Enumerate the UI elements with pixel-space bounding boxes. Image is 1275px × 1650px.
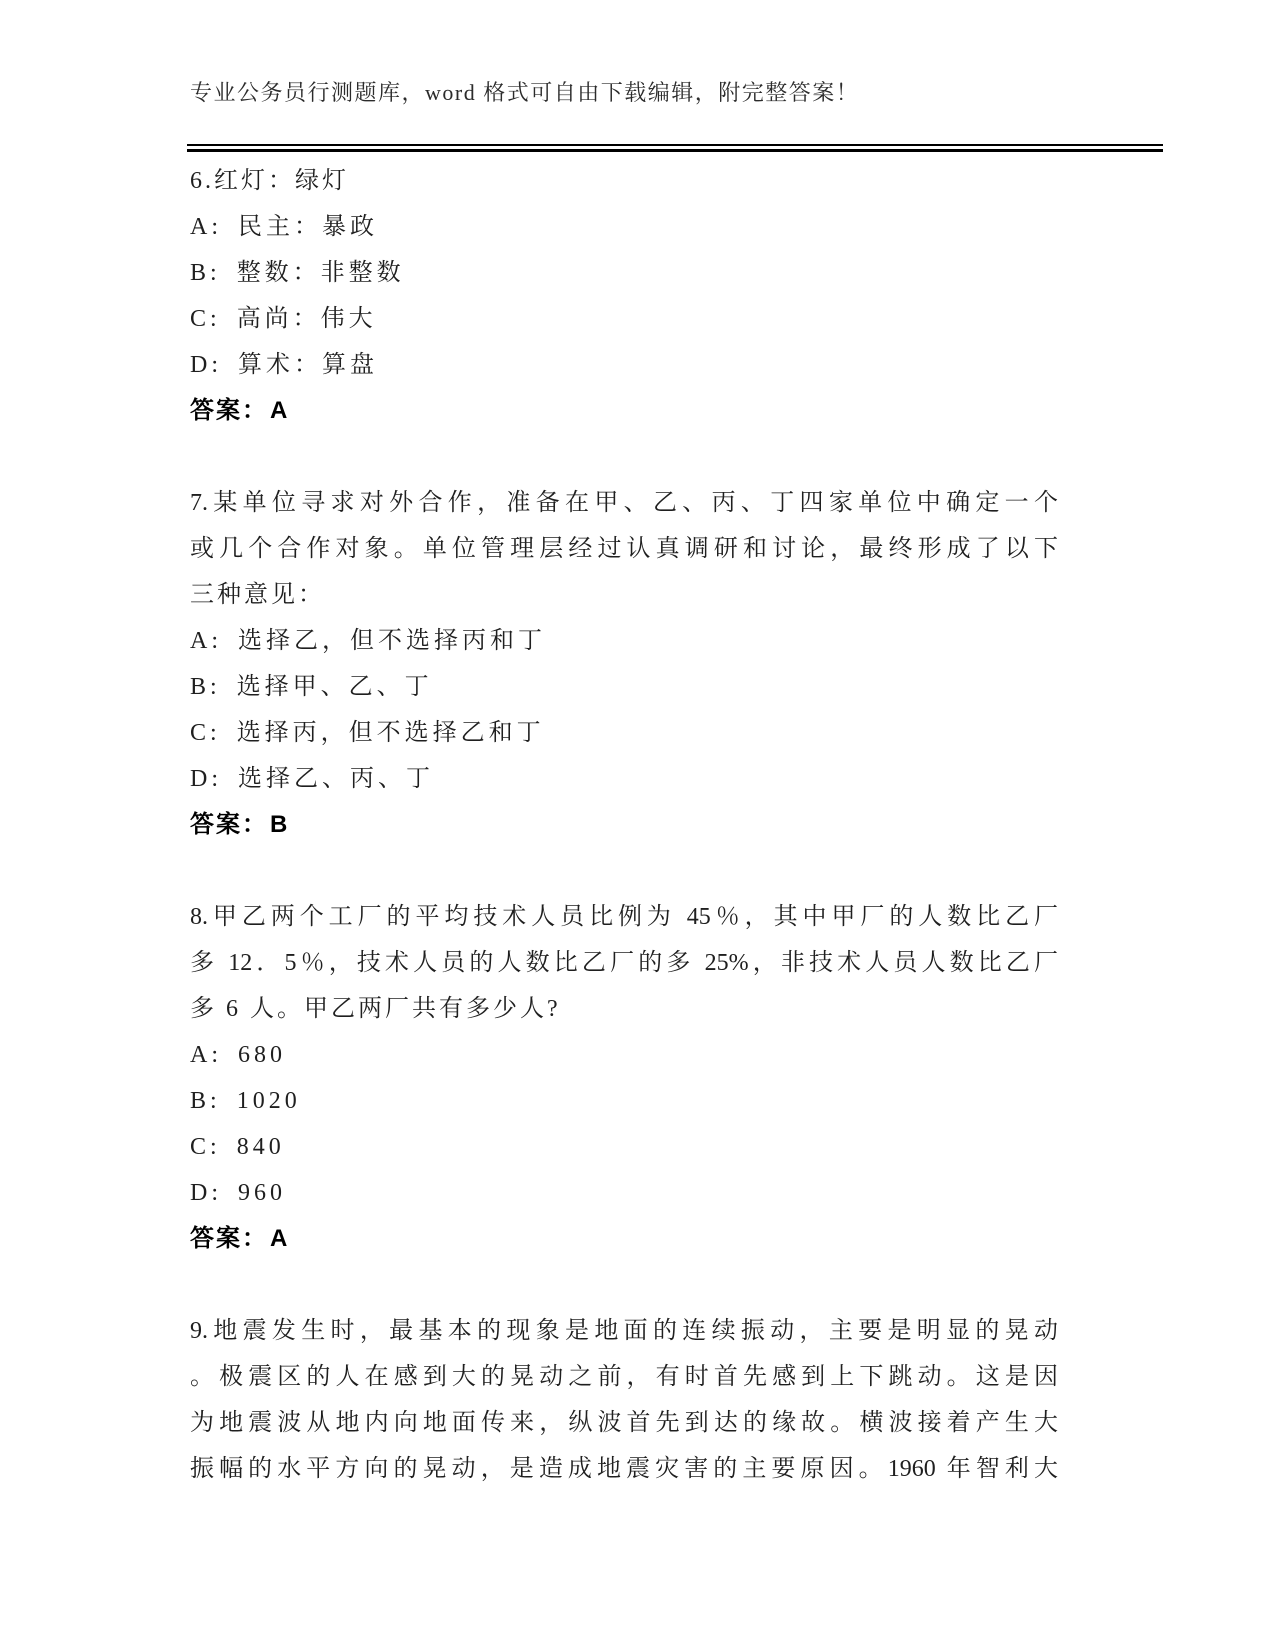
question-9: 9.地震发生时，最基本的现象是地面的连续振动，主要是明显的晃动 。极震区的人在感… <box>190 1308 1058 1492</box>
question-8-option-b: B: 1020 <box>190 1078 1058 1124</box>
option-label: A: <box>190 1032 222 1078</box>
answer-prefix: 答案： <box>190 397 268 424</box>
question-7-stem-line-1: 7.某单位寻求对外合作，准备在甲、乙、丙、丁四家单位中确定一个 <box>190 480 1058 526</box>
option-text: 选择乙，但不选择丙和丁 <box>238 618 546 664</box>
option-label: C: <box>190 296 221 342</box>
option-text: 840 <box>237 1124 285 1170</box>
question-7: 7.某单位寻求对外合作，准备在甲、乙、丙、丁四家单位中确定一个 或几个合作对象。… <box>190 480 1058 848</box>
option-text: 选择甲、乙、丁 <box>237 664 433 710</box>
option-label: D: <box>190 1170 222 1216</box>
option-text: 选择乙、丙、丁 <box>238 756 434 802</box>
header-text: 专业公务员行测题库，word 格式可自由下载编辑，附完整答案！ <box>190 76 859 107</box>
question-6: 6.红灯：绿灯 A: 民主：暴政 B: 整数：非整数 C: 高尚：伟大 D: 算… <box>190 158 1058 434</box>
document-page: 专业公务员行测题库，word 格式可自由下载编辑，附完整答案！ 6.红灯：绿灯 … <box>0 0 1275 1650</box>
question-6-option-b: B: 整数：非整数 <box>190 250 1058 296</box>
option-label: B: <box>190 1078 221 1124</box>
question-7-stem-line-2: 或几个合作对象。单位管理层经过认真调研和讨论，最终形成了以下 <box>190 526 1058 572</box>
header-rule <box>187 144 1163 152</box>
question-9-stem-line-1: 9.地震发生时，最基本的现象是地面的连续振动，主要是明显的晃动 <box>190 1308 1058 1354</box>
answer-value: A <box>270 397 289 424</box>
question-6-option-c: C: 高尚：伟大 <box>190 296 1058 342</box>
question-8-option-a: A: 680 <box>190 1032 1058 1078</box>
question-9-stem-line-2: 。极震区的人在感到大的晃动之前，有时首先感到上下跳动。这是因 <box>190 1354 1058 1400</box>
question-7-option-d: D: 选择乙、丙、丁 <box>190 756 1058 802</box>
option-label: C: <box>190 710 221 756</box>
question-8-stem-line-1: 8.甲乙两个工厂的平均技术人员比例为 45％，其中甲厂的人数比乙厂 <box>190 894 1058 940</box>
question-9-stem-line-4: 振幅的水平方向的晃动，是造成地震灾害的主要原因。1960 年智利大 <box>190 1446 1058 1492</box>
option-label: A: <box>190 618 222 664</box>
answer-value: A <box>270 1225 289 1252</box>
option-label: C: <box>190 1124 221 1170</box>
answer-value: B <box>270 811 289 838</box>
option-label: B: <box>190 664 221 710</box>
question-8: 8.甲乙两个工厂的平均技术人员比例为 45％，其中甲厂的人数比乙厂 多 12．5… <box>190 894 1058 1262</box>
question-8-answer-row: 答案：A <box>190 1216 1058 1262</box>
option-label: B: <box>190 250 221 296</box>
question-7-option-c: C: 选择丙，但不选择乙和丁 <box>190 710 1058 756</box>
option-text: 高尚：伟大 <box>237 296 377 342</box>
question-8-stem-line-3: 多 6 人。甲乙两厂共有多少人? <box>190 986 1058 1032</box>
answer-prefix: 答案： <box>190 811 268 838</box>
option-text: 选择丙，但不选择乙和丁 <box>237 710 545 756</box>
question-7-stem-line-3: 三种意见： <box>190 572 1058 618</box>
answer-prefix: 答案： <box>190 1225 268 1252</box>
option-text: 960 <box>238 1170 286 1216</box>
option-label: D: <box>190 756 222 802</box>
option-text: 民主：暴政 <box>238 204 378 250</box>
option-text: 680 <box>238 1032 286 1078</box>
option-text: 算术：算盘 <box>238 342 378 388</box>
question-8-option-c: C: 840 <box>190 1124 1058 1170</box>
question-8-stem-line-2: 多 12．5％，技术人员的人数比乙厂的多 25%，非技术人员人数比乙厂 <box>190 940 1058 986</box>
question-6-answer-row: 答案：A <box>190 388 1058 434</box>
question-7-answer-row: 答案：B <box>190 802 1058 848</box>
option-label: A: <box>190 204 222 250</box>
option-label: D: <box>190 342 222 388</box>
question-7-option-b: B: 选择甲、乙、丁 <box>190 664 1058 710</box>
option-text: 整数：非整数 <box>237 250 405 296</box>
question-8-option-d: D: 960 <box>190 1170 1058 1216</box>
question-9-stem-line-3: 为地震波从地内向地面传来，纵波首先到达的缘故。横波接着产生大 <box>190 1400 1058 1446</box>
question-6-stem-line-1: 6.红灯：绿灯 <box>190 158 1058 204</box>
question-7-option-a: A: 选择乙，但不选择丙和丁 <box>190 618 1058 664</box>
questions-content: 6.红灯：绿灯 A: 民主：暴政 B: 整数：非整数 C: 高尚：伟大 D: 算… <box>190 158 1058 1492</box>
question-6-option-a: A: 民主：暴政 <box>190 204 1058 250</box>
option-text: 1020 <box>237 1078 301 1124</box>
question-6-option-d: D: 算术：算盘 <box>190 342 1058 388</box>
